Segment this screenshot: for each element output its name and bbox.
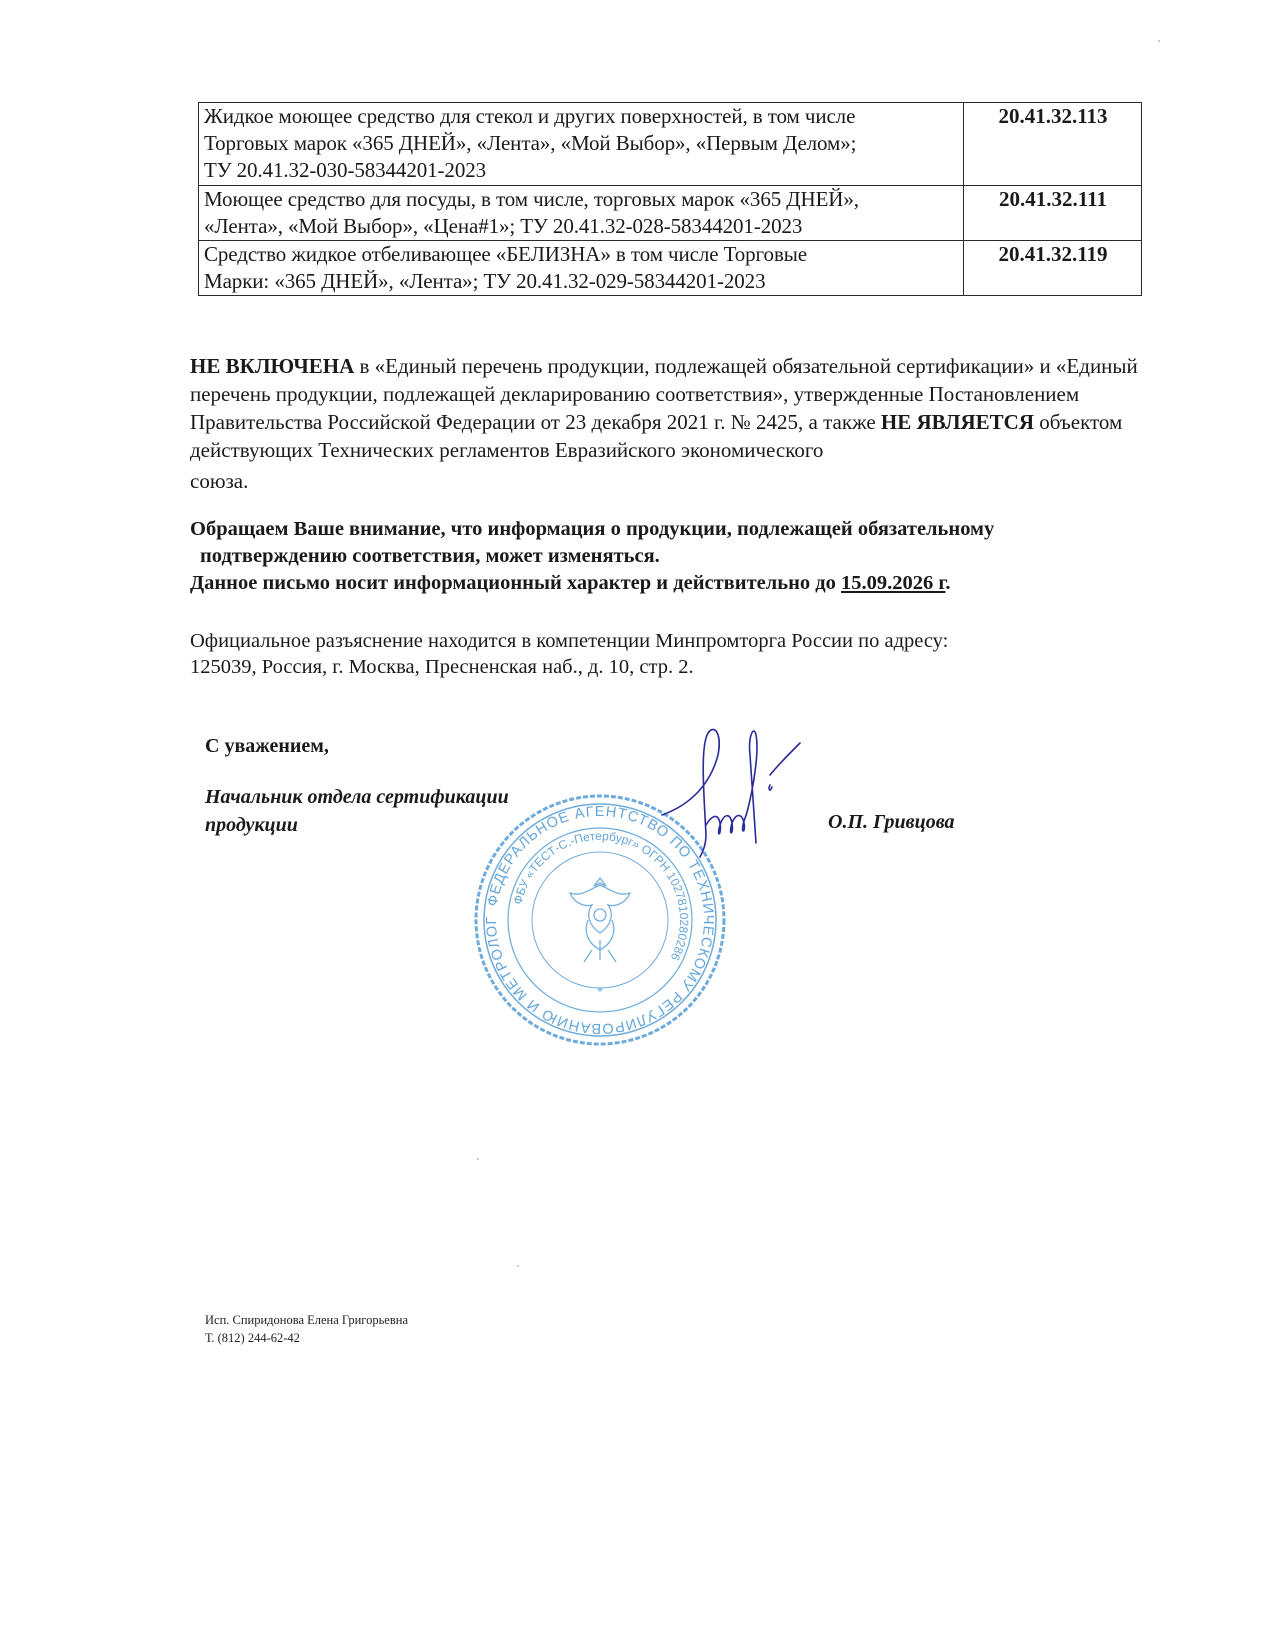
scan-speck [517,1265,519,1267]
description-line: «Лента», «Мой Выбор», «Цена#1»; ТУ 20.41… [204,213,959,240]
notice-punctuation: . [945,572,950,594]
product-code: 20.41.32.113 [964,103,1142,186]
closing-text: С уважением, [205,735,329,758]
executor-phone: Т. (812) 244-62-42 [205,1329,408,1347]
description-line: Торговых марок «365 ДНЕЙ», «Лента», «Мой… [204,130,959,157]
position-line: Начальник отдела сертификации [205,783,509,811]
description-line: ТУ 20.41.32-030-58344201-2023 [204,157,959,184]
executor-footer: Исп. Спиридонова Елена Григорьевна Т. (8… [205,1311,408,1347]
scan-speck [1158,40,1160,42]
description-line: Марки: «365 ДНЕЙ», «Лента»; ТУ 20.41.32-… [204,268,959,295]
description-line: Средство жидкое отбеливающее «БЕЛИЗНА» в… [204,241,959,268]
address-block: Официальное разъяснение находится в комп… [190,628,1200,680]
valid-until-date: 15.09.2026 г [841,572,945,594]
product-code: 20.41.32.119 [964,241,1142,296]
emblem-icon [570,878,630,962]
info-text: союза. [190,467,1200,495]
address-line: 125039, Россия, г. Москва, Пресненская н… [190,654,1200,680]
product-description: Моющее средство для посуды, в том числе,… [199,186,964,241]
description-line: Жидкое моющее средство для стекол и друг… [204,103,959,130]
not-subject-label: НЕ ЯВЛЯЕТСЯ [881,410,1034,434]
scan-speck [477,1158,479,1160]
table-row: Жидкое моющее средство для стекол и друг… [199,103,1142,186]
table-row: Средство жидкое отбеливающее «БЕЛИЗНА» в… [199,241,1142,296]
signer-name: О.П. Гривцова [828,811,955,834]
product-description: Жидкое моющее средство для стекол и друг… [199,103,964,186]
signer-position: Начальник отдела сертификации продукции [205,783,509,839]
notice-block: Обращаем Ваше внимание, что информация о… [190,516,1190,597]
product-description: Средство жидкое отбеливающее «БЕЛИЗНА» в… [199,241,964,296]
notice-line: Обращаем Ваше внимание, что информация о… [190,518,994,540]
not-included-label: НЕ ВКЛЮЧЕНА [190,354,354,378]
table-row: Моющее средство для посуды, в том числе,… [199,186,1142,241]
products-table: Жидкое моющее средство для стекол и друг… [198,102,1142,296]
notice-line: подтверждению соответствия, может изменя… [190,543,1190,570]
product-code: 20.41.32.111 [964,186,1142,241]
info-paragraph: НЕ ВКЛЮЧЕНА в «Единый перечень продукции… [190,352,1200,495]
executor-name: Исп. Спиридонова Елена Григорьевна [205,1311,408,1329]
svg-text:*: * [597,984,603,998]
description-line: Моющее средство для посуды, в том числе,… [204,186,959,213]
signature-icon [660,715,810,865]
address-line: Официальное разъяснение находится в комп… [190,628,1200,654]
position-line: продукции [205,811,509,839]
notice-line: Данное письмо носит информационный харак… [190,572,841,594]
